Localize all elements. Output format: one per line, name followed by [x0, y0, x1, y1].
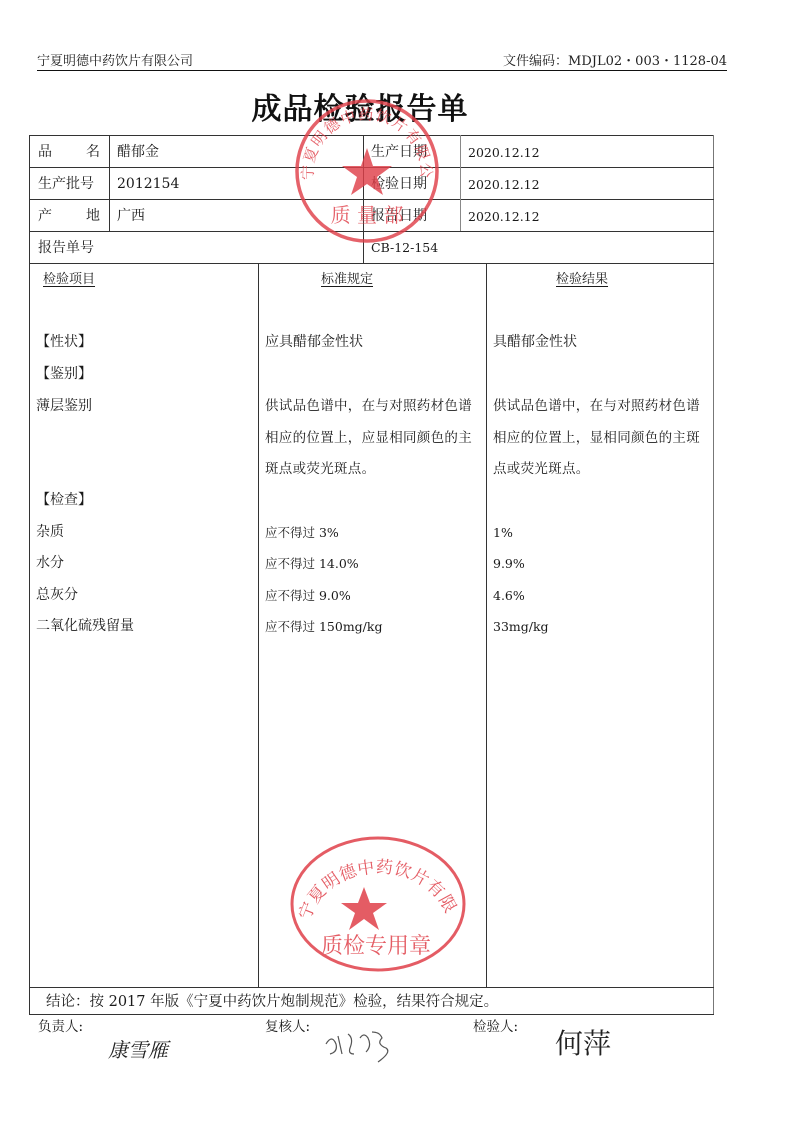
report-number-label: 报告单号: [38, 240, 94, 256]
origin-value: 广西: [117, 208, 145, 224]
section-identification: 【鉴别】: [36, 366, 92, 382]
seal-bottom-text: 质检专用章: [321, 934, 431, 959]
header-standard: 标准规定: [321, 272, 373, 288]
item-impurity: 杂质: [36, 524, 64, 540]
result-impurity: 1%: [493, 525, 513, 541]
responsible-signature: 康雪雁: [108, 1034, 168, 1063]
item-total-ash: 总灰分: [36, 587, 78, 603]
label-char: 产: [38, 208, 52, 224]
quality-department-stamp: 宁夏明德中药饮片有限公司 质 量 部: [292, 96, 442, 246]
company-name: 宁夏明德中药饮片有限公司: [37, 50, 193, 69]
standard-moisture: 应不得过 14.0%: [265, 556, 359, 572]
document-code-value: MDJL02・003・1128-04: [568, 54, 727, 69]
header-divider: [37, 70, 727, 71]
batch-label: 生产批号: [38, 176, 94, 192]
inspector-label: 检验人:: [473, 1019, 518, 1035]
stamp-bottom-text: 质 量 部: [331, 203, 404, 227]
document-code: 文件编码：MDJL02・003・1128-04: [503, 50, 727, 69]
product-name-value: 醋郁金: [117, 144, 159, 160]
section-appearance: 【性状】: [36, 334, 92, 350]
result-moisture: 9.9%: [493, 556, 525, 572]
result-tlc: 供试品色谱中，在与对照药材色谱相应的位置上，显相同颜色的主斑点或荧光斑点。: [493, 391, 711, 486]
batch-value: 2012154: [117, 176, 179, 192]
conclusion: 结论：按 2017 年版《宁夏中药饮片炮制规范》检验，结果符合规定。: [46, 994, 498, 1010]
standard-total-ash: 应不得过 9.0%: [265, 588, 351, 604]
result-total-ash: 4.6%: [493, 588, 525, 604]
origin-label: 产地: [38, 208, 100, 224]
reviewer-label: 复核人:: [265, 1019, 310, 1035]
header-result: 检验结果: [556, 272, 608, 288]
standard-so2: 应不得过 150mg/kg: [265, 619, 382, 635]
result-so2: 33mg/kg: [493, 619, 549, 635]
label-char: 地: [86, 208, 100, 224]
report-date-value: 2020.12.12: [468, 209, 540, 225]
product-name-label: 品名: [38, 144, 100, 160]
document-code-label: 文件编码：: [503, 54, 568, 69]
standard-tlc: 供试品色谱中，在与对照药材色谱相应的位置上，应显相同颜色的主斑点或荧光斑点。: [265, 391, 483, 486]
test-date-value: 2020.12.12: [468, 177, 540, 193]
label-char: 品: [38, 144, 52, 160]
header-test-item: 检验项目: [43, 272, 95, 288]
inspector-signature: 何萍: [555, 1022, 611, 1062]
result-appearance: 具醋郁金性状: [493, 334, 577, 350]
item-tlc: 薄层鉴别: [36, 398, 92, 414]
quality-inspection-seal: 宁夏明德中药饮片有限公司 质检专用章: [288, 833, 468, 975]
item-so2: 二氧化硫残留量: [36, 618, 134, 634]
reviewer-signature: [320, 1022, 410, 1067]
star-icon: [342, 148, 392, 195]
label-char: 名: [86, 144, 100, 160]
standard-appearance: 应具醋郁金性状: [265, 334, 363, 350]
responsible-label: 负责人:: [38, 1019, 83, 1035]
item-moisture: 水分: [36, 555, 64, 571]
section-inspection: 【检查】: [36, 492, 92, 508]
standard-impurity: 应不得过 3%: [265, 525, 339, 541]
production-date-value: 2020.12.12: [468, 145, 540, 161]
star-icon: [341, 887, 387, 930]
